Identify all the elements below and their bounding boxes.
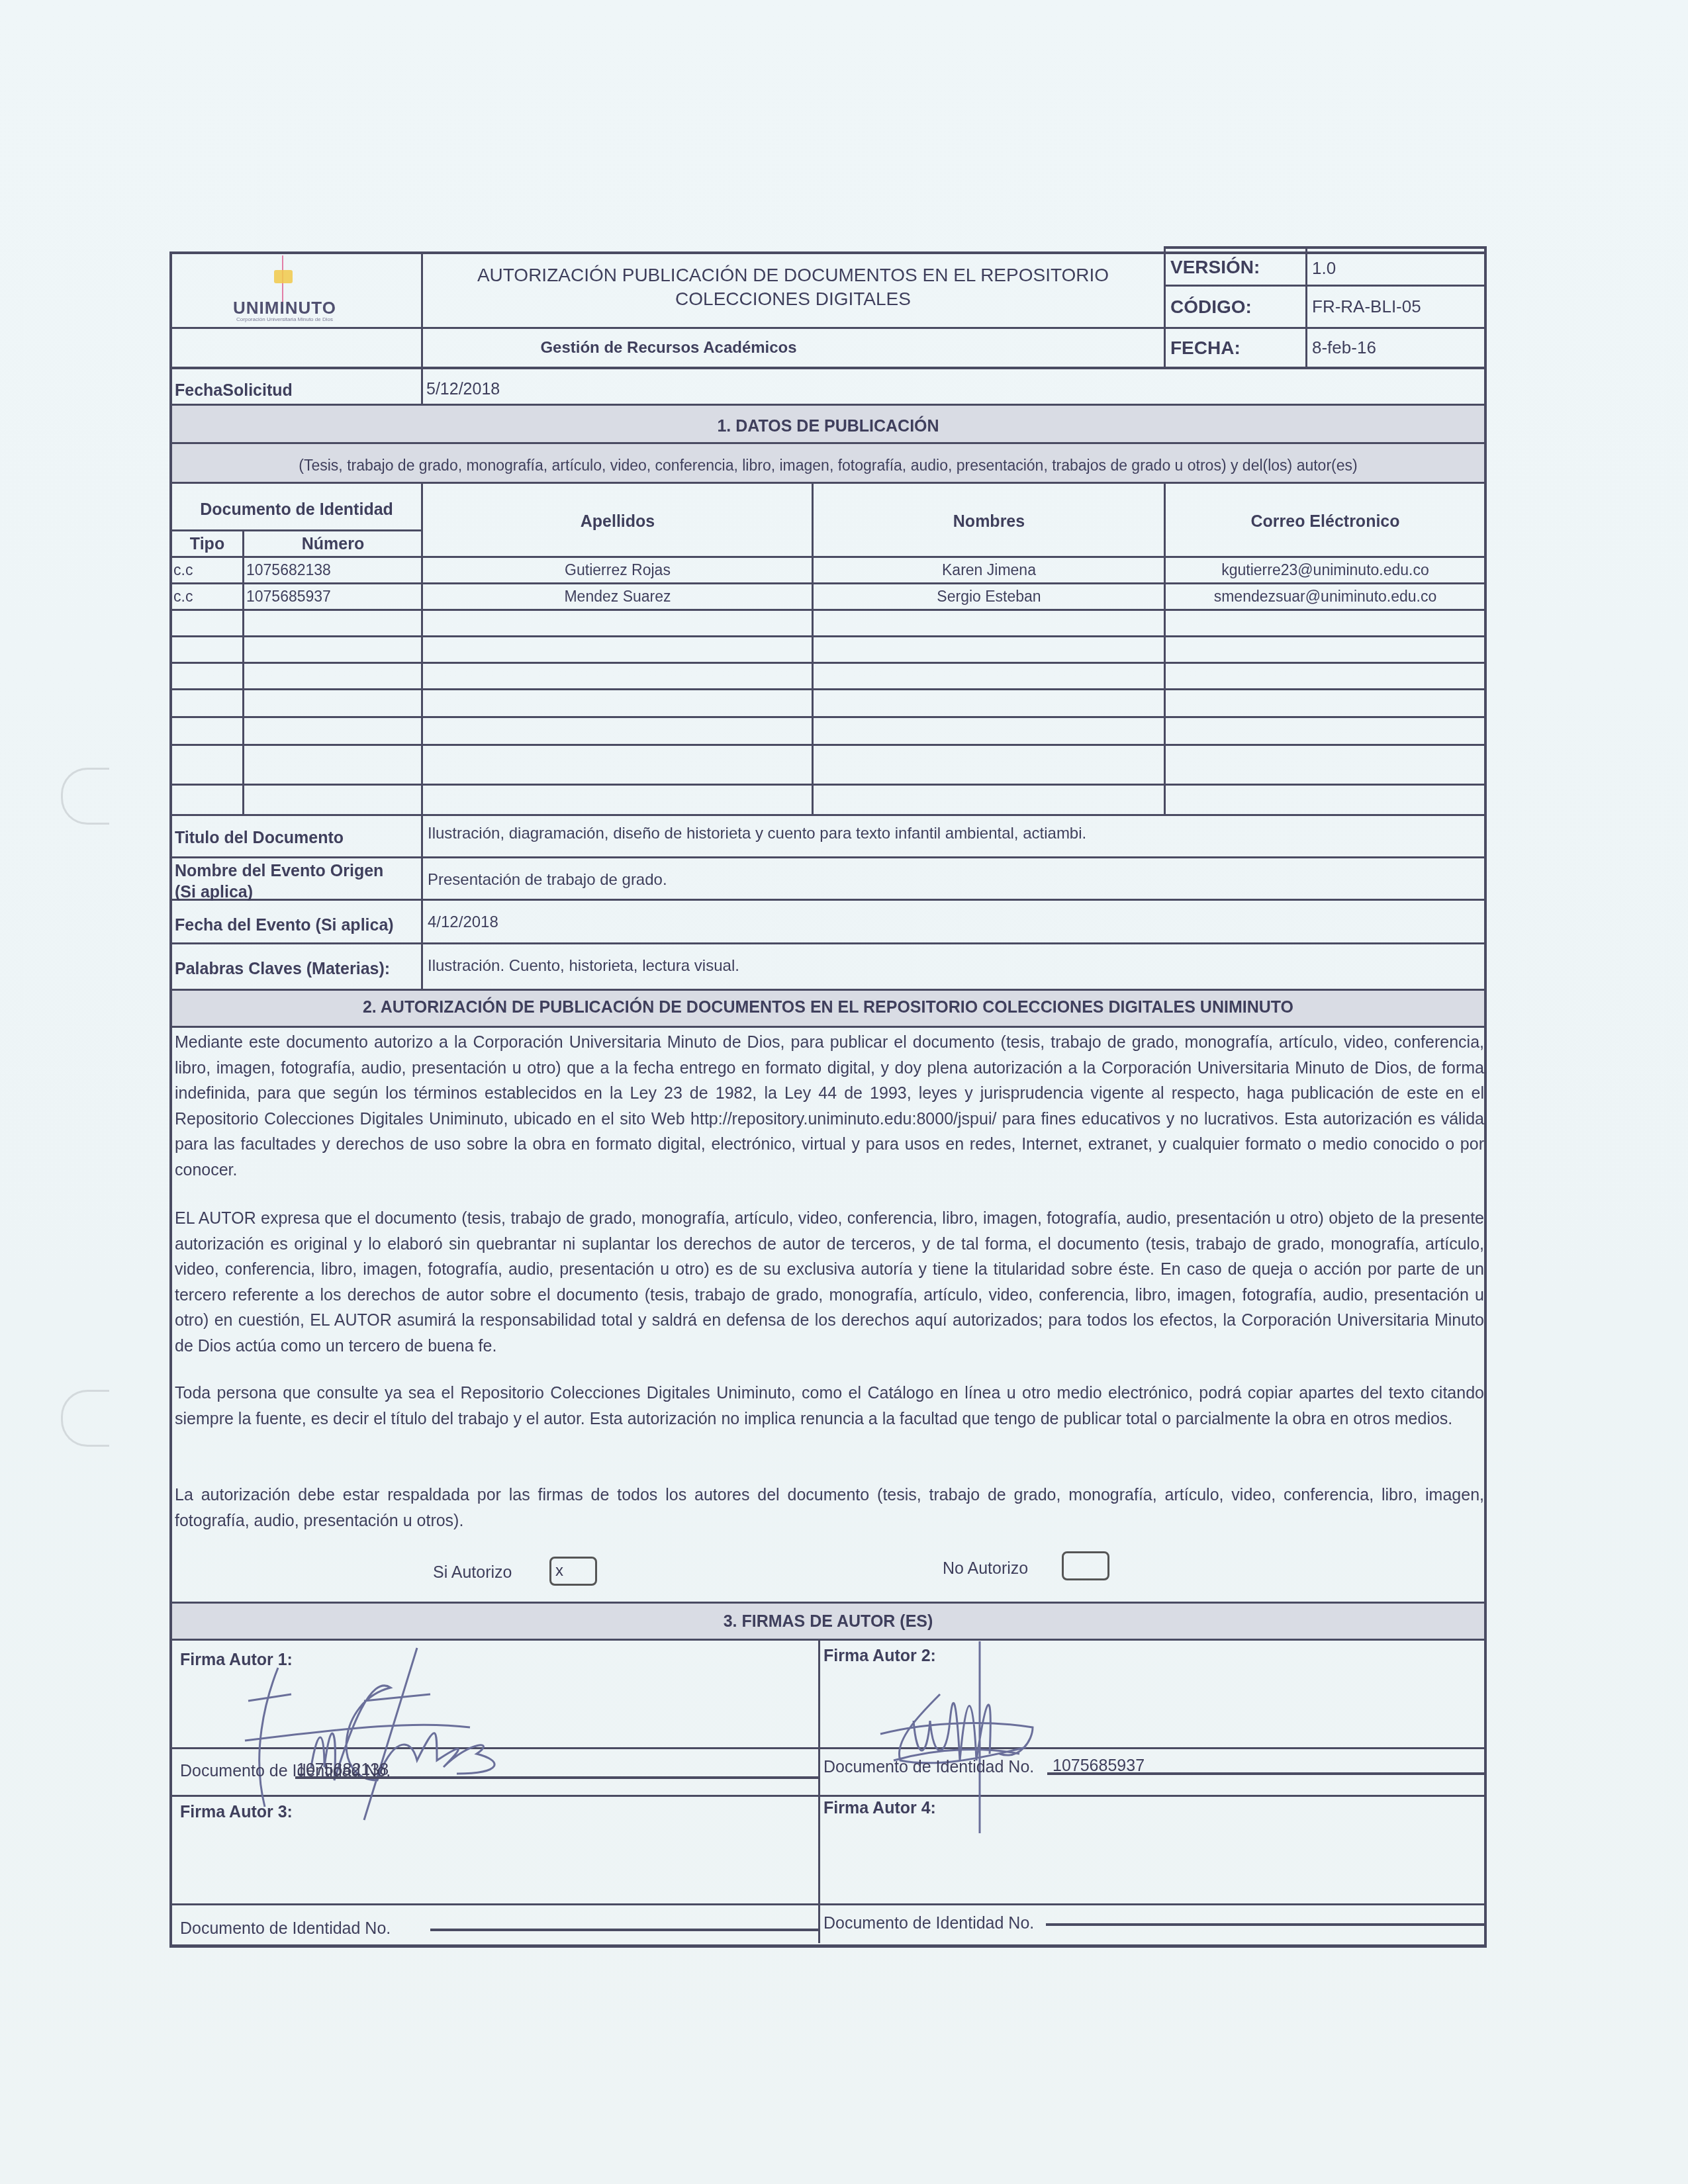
cell-number[interactable]: 1075685937 bbox=[246, 588, 420, 606]
doc-number-underline bbox=[1046, 1923, 1484, 1926]
section-2-title: 2. AUTORIZACIÓN DE PUBLICACIÓN DE DOCUME… bbox=[172, 998, 1484, 1017]
field-label-event-name-1: Nombre del Evento Origen bbox=[175, 862, 383, 881]
logo-emblem-icon bbox=[274, 270, 293, 283]
signature-label-author-4: Firma Autor 4: bbox=[823, 1799, 936, 1818]
form-title-line2: COLECCIONES DIGITALES bbox=[424, 289, 1162, 310]
doc-number-underline bbox=[430, 1929, 818, 1931]
doc-number-underline bbox=[1047, 1772, 1484, 1775]
column-header-type: Tipo bbox=[172, 535, 242, 554]
field-value-title[interactable]: Ilustración, diagramación, diseño de his… bbox=[428, 825, 1086, 843]
request-date-label: FechaSolicitud bbox=[175, 381, 293, 400]
field-value-event-name[interactable]: Presentación de trabajo de grado. bbox=[428, 871, 667, 889]
table-row-divider bbox=[169, 688, 1487, 690]
table-row-divider bbox=[169, 744, 1487, 746]
cell-names[interactable]: Karen Jimena bbox=[814, 561, 1164, 579]
form-subtitle: Gestión de Recursos Académicos bbox=[424, 339, 914, 357]
table-row-divider bbox=[169, 635, 1487, 637]
code-value: FR-RA-BLI-05 bbox=[1312, 296, 1421, 317]
table-row-divider bbox=[169, 609, 1487, 611]
column-header-email: Correo Eléctronico bbox=[1166, 512, 1484, 531]
cell-email[interactable]: kgutierre23@uniminuto.edu.co bbox=[1166, 561, 1484, 579]
authorize-no-checkbox[interactable] bbox=[1062, 1551, 1109, 1580]
cell-surnames[interactable]: Mendez Suarez bbox=[424, 588, 812, 606]
table-row-divider bbox=[169, 716, 1487, 718]
column-header-names: Nombres bbox=[814, 512, 1164, 531]
section-1-title: 1. DATOS DE PUBLICACIÓN bbox=[172, 417, 1484, 436]
punch-hole bbox=[61, 1390, 109, 1447]
date-value: 8-feb-16 bbox=[1312, 338, 1376, 358]
cell-type[interactable]: c.c bbox=[173, 588, 242, 606]
doc-number-underline bbox=[295, 1776, 818, 1779]
version-label: VERSIÓN: bbox=[1170, 257, 1260, 278]
authorize-yes-label: Si Autorizo bbox=[433, 1563, 512, 1582]
cell-surnames[interactable]: Gutierrez Rojas bbox=[424, 561, 812, 579]
authorization-paragraph-1: Mediante este documento autorizo a la Co… bbox=[175, 1030, 1484, 1183]
cell-type[interactable]: c.c bbox=[173, 561, 242, 579]
version-value: 1.0 bbox=[1312, 258, 1336, 279]
request-date-value[interactable]: 5/12/2018 bbox=[426, 380, 500, 399]
field-value-keywords[interactable]: Ilustración. Cuento, historieta, lectura… bbox=[428, 957, 739, 976]
signature-author-1-icon[interactable] bbox=[218, 1648, 549, 1813]
scanned-page: UNIMINUTO Corporación Universitaria Minu… bbox=[0, 0, 1688, 2184]
cell-email[interactable]: smendezsuar@uniminuto.edu.co bbox=[1166, 588, 1484, 606]
field-value-event-date[interactable]: 4/12/2018 bbox=[428, 913, 498, 932]
column-header-number: Número bbox=[245, 535, 421, 554]
field-label-event-date: Fecha del Evento (Si aplica) bbox=[175, 916, 394, 935]
column-header-surnames: Apellidos bbox=[424, 512, 812, 531]
authorize-no-label: No Autorizo bbox=[943, 1559, 1028, 1578]
section-1-subtitle: (Tesis, trabajo de grado, monografía, ar… bbox=[172, 457, 1484, 475]
doc-label-author-4: Documento de Identidad No. bbox=[823, 1914, 1034, 1933]
cell-number[interactable]: 1075682138 bbox=[246, 561, 420, 579]
doc-label-author-2: Documento de Identidad No. bbox=[823, 1758, 1034, 1777]
date-label: FECHA: bbox=[1170, 338, 1241, 359]
authorize-yes-checkbox[interactable]: x bbox=[549, 1557, 597, 1586]
form-title-line1: AUTORIZACIÓN PUBLICACIÓN DE DOCUMENTOS E… bbox=[424, 265, 1162, 286]
uniminuto-logo: UNIMINUTO Corporación Universitaria Minu… bbox=[179, 255, 417, 324]
code-label: CÓDIGO: bbox=[1170, 296, 1252, 318]
cell-names[interactable]: Sergio Esteban bbox=[814, 588, 1164, 606]
table-row-divider bbox=[169, 662, 1487, 664]
authorization-paragraph-3: Toda persona que consulte ya sea el Repo… bbox=[175, 1381, 1484, 1432]
signature-label-author-3: Firma Autor 3: bbox=[180, 1803, 293, 1822]
field-label-keywords: Palabras Claves (Materias): bbox=[175, 960, 390, 979]
table-row-divider bbox=[169, 784, 1487, 786]
section-3-title: 3. FIRMAS DE AUTOR (ES) bbox=[172, 1612, 1484, 1631]
authorization-paragraph-2: EL AUTOR expresa que el documento (tesis… bbox=[175, 1206, 1484, 1359]
authorization-paragraph-4: La autorización debe estar respaldada po… bbox=[175, 1482, 1484, 1533]
column-header-identity: Documento de Identidad bbox=[172, 500, 421, 520]
doc-label-author-3: Documento de Identidad No. bbox=[180, 1919, 391, 1938]
table-row-divider bbox=[169, 582, 1487, 584]
field-label-title: Titulo del Documento bbox=[175, 829, 344, 848]
signature-area-author-3[interactable] bbox=[180, 1827, 809, 1899]
field-label-event-name-2: (Si aplica) bbox=[175, 883, 253, 902]
signature-area-author-4[interactable] bbox=[823, 1824, 1479, 1897]
punch-hole bbox=[61, 768, 109, 825]
